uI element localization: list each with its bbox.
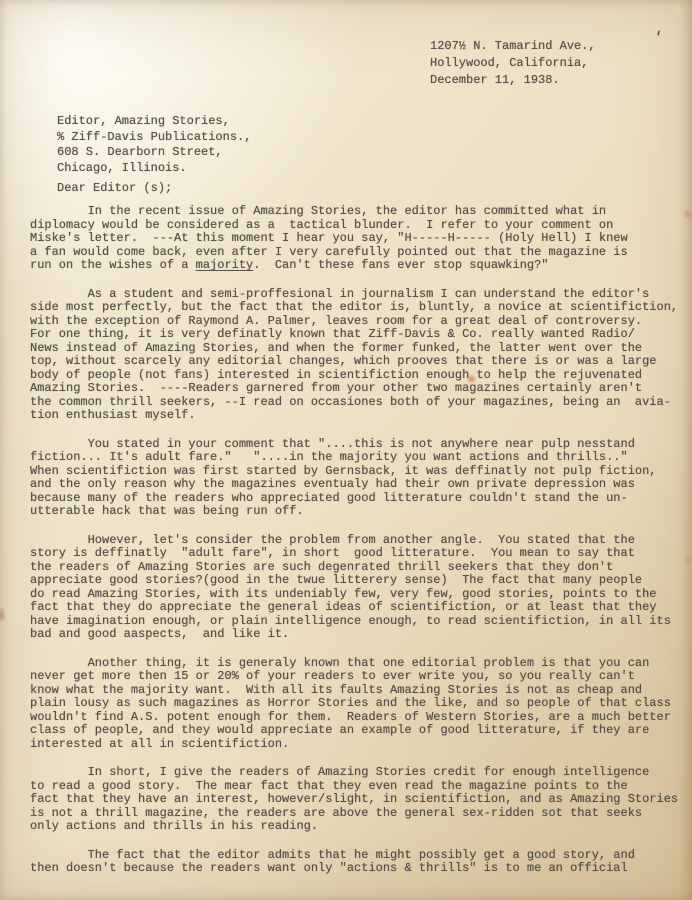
paragraph-6: In short, I give the readers of Amazing … [30,766,690,834]
edge-smudge [0,604,5,626]
recipient-street: 608 S. Dearborn Street, [57,145,251,161]
recipient-careof: % Ziff-Davis Publications., [57,130,251,146]
recipient-name: Editor, Amazing Stories, [57,114,251,130]
letter-date: December 11, 1938. [430,72,596,89]
pen-mark: ' [653,28,662,49]
sender-street: 1207½ N. Tamarind Ave., [430,38,596,55]
letter-page: ' 1207½ N. Tamarind Ave., Hollywood, Cal… [0,0,692,900]
paragraph-5: Another thing, it is generaly known that… [30,657,690,752]
paragraph-4: However, let's consider the problem from… [30,534,690,642]
paragraph-2: As a student and semi-proffesional in jo… [30,288,690,423]
underlined-word-majority: majority [196,258,254,272]
paragraph-3: You stated in your comment that "....thi… [30,438,690,519]
sender-address-block: 1207½ N. Tamarind Ave., Hollywood, Calif… [430,38,596,89]
paragraph-7: The fact that the editor admits that he … [30,849,690,876]
paragraph-1: In the recent issue of Amazing Stories, … [30,205,690,273]
letter-body: In the recent issue of Amazing Stories, … [30,205,690,891]
recipient-city: Chicago, Illinois. [57,161,251,177]
recipient-address-block: Editor, Amazing Stories, % Ziff-Davis Pu… [57,114,251,176]
paragraph-1-text-end: . Can't these fans ever stop squawking?" [253,258,548,272]
salutation: Dear Editor (s); [57,181,172,195]
sender-city: Hollywood, California, [430,55,596,72]
